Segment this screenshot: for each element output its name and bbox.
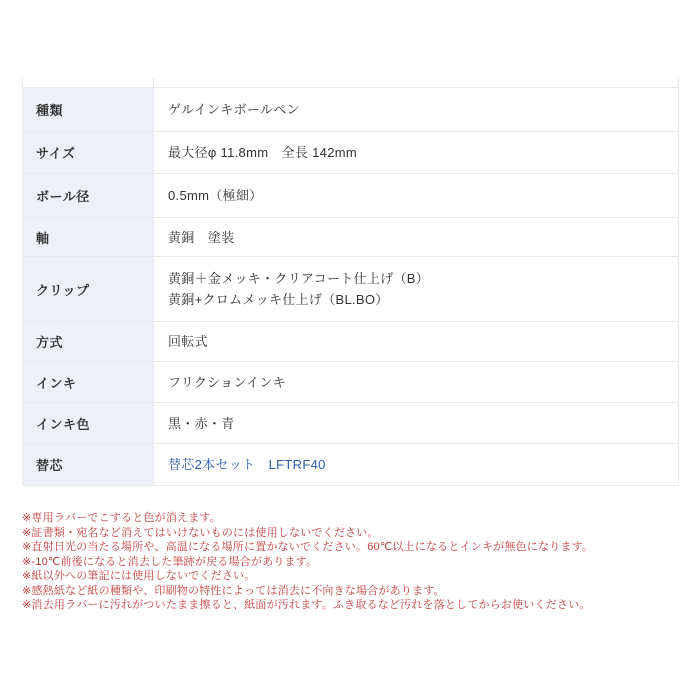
spec-value-text: 黄銅＋金メッキ・クリアコート仕上げ（B）	[168, 268, 678, 289]
spec-value: 0.5mm（極細）	[154, 174, 678, 217]
spec-label: サイズ	[23, 132, 154, 173]
note-line: ※感熱紙など紙の種類や、印刷物の特性によっては消去に不向きな場合があります。	[22, 584, 682, 599]
spec-table: 種類 ゲルインキボールペン サイズ 最大径φ 11.8mm 全長 142mm ボ…	[22, 78, 679, 486]
spec-value-text: 黄銅 塗装	[168, 227, 678, 248]
spec-row-clip: クリップ 黄銅＋金メッキ・クリアコート仕上げ（B） 黄銅+クロムメッキ仕上げ（B…	[23, 257, 678, 322]
spec-label: 方式	[23, 322, 154, 361]
spec-label: ボール径	[23, 174, 154, 217]
spec-label: 種類	[23, 88, 154, 131]
spec-label: クリップ	[23, 257, 154, 321]
spec-row-size: サイズ 最大径φ 11.8mm 全長 142mm	[23, 132, 678, 174]
spec-label: 軸	[23, 218, 154, 256]
spec-label: インキ色	[23, 403, 154, 443]
spec-label: 替芯	[23, 444, 154, 485]
spec-row-ink: インキ フリクションインキ	[23, 362, 678, 403]
spec-value-text: 0.5mm（極細）	[168, 185, 678, 206]
spec-value: 黄銅＋金メッキ・クリアコート仕上げ（B） 黄銅+クロムメッキ仕上げ（BL.BO）	[154, 257, 678, 321]
note-line: ※証書類・宛名など消えてはいけないものには使用しないでください。	[22, 526, 682, 541]
spec-value-cell	[154, 78, 678, 87]
spec-row-mechanism: 方式 回転式	[23, 322, 678, 362]
spec-row-barrel: 軸 黄銅 塗装	[23, 218, 678, 257]
spec-value: ゲルインキボールペン	[154, 88, 678, 131]
spec-row-cropped	[23, 78, 678, 88]
spec-value-text: 黄銅+クロムメッキ仕上げ（BL.BO）	[168, 289, 678, 310]
spec-value: 回転式	[154, 322, 678, 361]
refill-link[interactable]: 替芯2本セット LFTRF40	[168, 454, 678, 475]
note-line: ※直射日光の当たる場所や、高温になる場所に置かないでください。60℃以上になると…	[22, 540, 682, 555]
spec-value: 黄銅 塗装	[154, 218, 678, 256]
spec-row-ball-diameter: ボール径 0.5mm（極細）	[23, 174, 678, 218]
spec-value-text: 黒・赤・青	[168, 413, 678, 434]
spec-row-ink-color: インキ色 黒・赤・青	[23, 403, 678, 444]
spec-value: フリクションインキ	[154, 362, 678, 402]
spec-label-cell	[23, 78, 154, 87]
note-line: ※紙以外への筆記には使用しないでください。	[22, 569, 682, 584]
spec-value-text: 最大径φ 11.8mm 全長 142mm	[168, 142, 678, 163]
spec-value-text: 回転式	[168, 331, 678, 352]
spec-value: 黒・赤・青	[154, 403, 678, 443]
spec-value-text: ゲルインキボールペン	[168, 99, 678, 120]
spec-value: 替芯2本セット LFTRF40	[154, 444, 678, 485]
spec-row-refill: 替芯 替芯2本セット LFTRF40	[23, 444, 678, 486]
note-line: ※専用ラバーでこすると色が消えます。	[22, 511, 682, 526]
note-line: ※消去用ラバーに汚れがついたまま擦ると、紙面が汚れます。ふき取るなど汚れを落とし…	[22, 598, 682, 613]
note-line: ※-10℃前後になると消去した筆跡が戻る場合があります。	[22, 555, 682, 570]
usage-notes: ※専用ラバーでこすると色が消えます。 ※証書類・宛名など消えてはいけないものには…	[22, 511, 682, 613]
spec-row-type: 種類 ゲルインキボールペン	[23, 88, 678, 132]
product-spec-page: 種類 ゲルインキボールペン サイズ 最大径φ 11.8mm 全長 142mm ボ…	[0, 0, 700, 700]
spec-value-text: フリクションインキ	[168, 372, 678, 393]
spec-label: インキ	[23, 362, 154, 402]
spec-value: 最大径φ 11.8mm 全長 142mm	[154, 132, 678, 173]
